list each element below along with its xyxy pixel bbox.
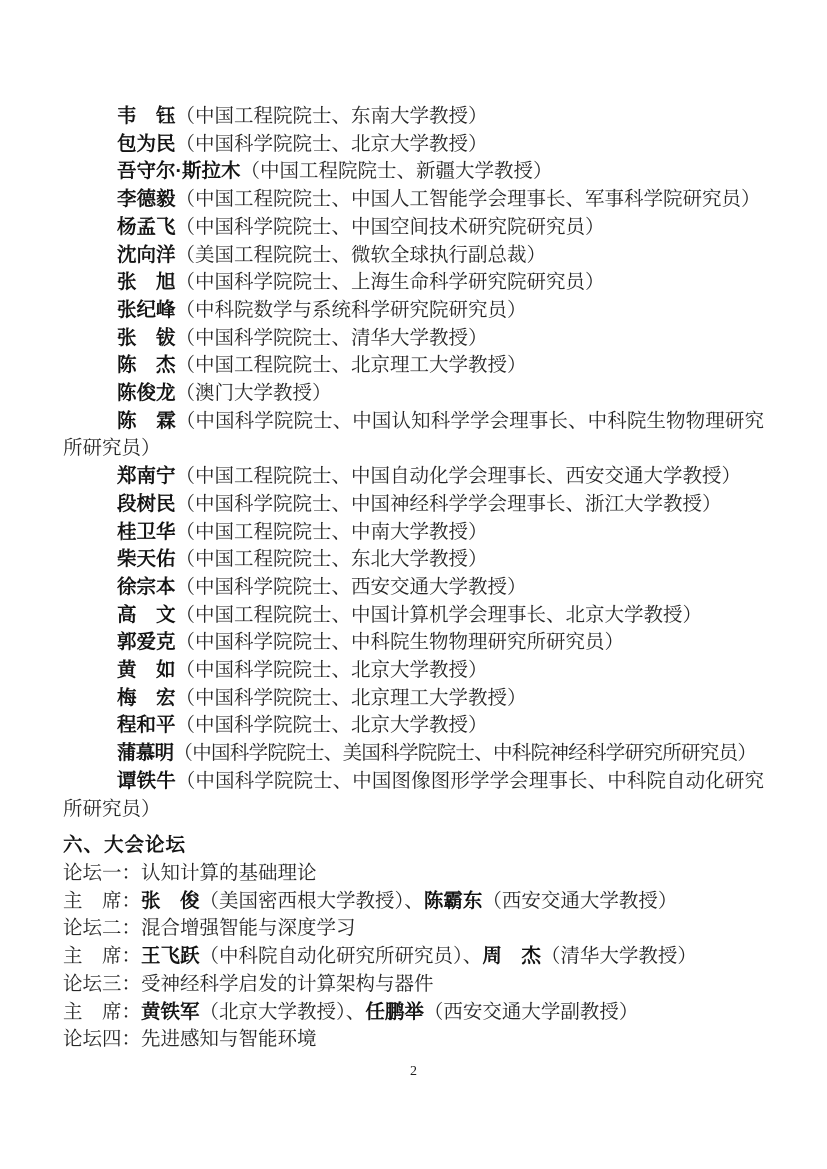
- member-row: 程和平（中国科学院院士、北京大学教授）: [63, 712, 764, 740]
- chair-separator: 、: [463, 946, 483, 967]
- member-name: 包为民: [117, 133, 176, 155]
- member-row: 吾守尔·斯拉木（中国工程院院士、新疆大学教授）: [63, 158, 764, 186]
- member-name: 徐宗本: [117, 576, 176, 598]
- chair-affiliation: （西安交通大学副教授）: [424, 1002, 639, 1023]
- member-row: 张 旭（中国科学院院士、上海生命科学研究院研究员）: [63, 269, 764, 297]
- member-row: 李德毅（中国工程院院士、中国人工智能学会理事长、军事科学院研究员）: [63, 186, 764, 214]
- member-name: 柴天佑: [117, 548, 176, 570]
- member-name: 段树民: [117, 493, 176, 515]
- member-row: 张纪峰（中科院数学与系统科学研究院研究员）: [63, 297, 764, 325]
- member-name: 张 旭: [117, 271, 176, 293]
- forum-topic-row: 论坛四：先进感知与智能环境: [63, 1026, 764, 1054]
- member-name: 谭铁牛: [117, 770, 176, 792]
- chair-name: 任鹏举: [365, 1001, 424, 1023]
- member-affiliation: （澳门大学教授）: [176, 383, 332, 404]
- chair-affiliation: （清华大学教授）: [541, 946, 697, 967]
- member-affiliation: （中国工程院院士、中南大学教授）: [176, 522, 488, 543]
- member-name: 梅 宏: [117, 687, 176, 709]
- member-row: 韦 钰（中国工程院院士、东南大学教授）: [63, 103, 764, 131]
- member-name: 蒲慕明: [117, 742, 173, 764]
- forum-topic-row: 论坛一：认知计算的基础理论: [63, 860, 764, 888]
- member-row: 郭爱克（中国科学院院士、中科院生物物理研究所研究员）: [63, 629, 764, 657]
- member-row: 段树民（中国科学院院士、中国神经科学学会理事长、浙江大学教授）: [63, 491, 764, 519]
- member-row: 包为民（中国科学院院士、北京大学教授）: [63, 131, 764, 159]
- member-row: 张 钹（中国科学院院士、清华大学教授）: [63, 325, 764, 353]
- member-row: 杨孟飞（中国科学院院士、中国空间技术研究院研究员）: [63, 214, 764, 242]
- chair-label: 主 席：: [63, 1002, 141, 1023]
- member-affiliation: （中国科学院院士、清华大学教授）: [176, 328, 488, 349]
- member-name: 程和平: [117, 714, 176, 736]
- forum-chairs-row: 主 席：张 俊（美国密西根大学教授）、陈霸东（西安交通大学教授）: [63, 888, 764, 916]
- member-row: 柴天佑（中国工程院院士、东北大学教授）: [63, 546, 764, 574]
- forum-label: 论坛三：: [63, 974, 141, 995]
- member-row: 谭铁牛（中国科学院院士、中国图像图形学学会理事长、中科院自动化研究所研究员）: [63, 768, 764, 823]
- member-affiliation: （中国科学院院士、北京大学教授）: [176, 660, 488, 681]
- member-affiliation: （中国科学院院士、中国神经科学学会理事长、浙江大学教授）: [176, 494, 722, 515]
- member-row: 梅 宏（中国科学院院士、北京理工大学教授）: [63, 685, 764, 713]
- member-affiliation: （中国工程院院士、东南大学教授）: [176, 106, 488, 127]
- member-affiliation: （中国科学院院士、上海生命科学研究院研究员）: [176, 272, 605, 293]
- member-name: 张纪峰: [117, 299, 176, 321]
- member-affiliation: （中国科学院院士、北京大学教授）: [176, 715, 488, 736]
- document-page: 韦 钰（中国工程院院士、东南大学教授） 包为民（中国科学院院士、北京大学教授） …: [0, 0, 827, 1169]
- member-affiliation: （中国工程院院士、北京理工大学教授）: [176, 355, 527, 376]
- member-affiliation: （中科院数学与系统科学研究院研究员）: [176, 300, 527, 321]
- chair-separator: 、: [346, 1002, 366, 1023]
- member-name: 高 文: [117, 604, 176, 626]
- member-affiliation: （中国科学院院士、西安交通大学教授）: [176, 577, 527, 598]
- member-name: 杨孟飞: [117, 216, 176, 238]
- member-row: 桂卫华（中国工程院院士、中南大学教授）: [63, 519, 764, 547]
- forum-chairs-row: 主 席：王飞跃（中科院自动化研究所研究员）、周 杰（清华大学教授）: [63, 943, 764, 971]
- chair-label: 主 席：: [63, 891, 141, 912]
- chair-name: 陈霸东: [424, 890, 483, 912]
- forum-topic-row: 论坛二：混合增强智能与深度学习: [63, 915, 764, 943]
- member-name: 李德毅: [117, 188, 176, 210]
- member-affiliation: （中国科学院院士、中国空间技术研究院研究员）: [176, 217, 605, 238]
- member-name: 韦 钰: [117, 105, 176, 127]
- member-affiliation: （中国工程院院士、中国自动化学会理事长、西安交通大学教授）: [176, 466, 742, 487]
- forum-topic: 先进感知与智能环境: [141, 1029, 317, 1050]
- member-name: 郭爱克: [117, 631, 176, 653]
- member-affiliation: （中国工程院院士、中国人工智能学会理事长、军事科学院研究员）: [176, 189, 761, 210]
- member-name: 陈俊龙: [117, 382, 176, 404]
- member-name: 陈 霖: [117, 410, 176, 432]
- member-name: 张 钹: [117, 327, 176, 349]
- member-row: 高 文（中国工程院院士、中国计算机学会理事长、北京大学教授）: [63, 602, 764, 630]
- member-name: 桂卫华: [117, 521, 176, 543]
- page-number: 2: [0, 1063, 827, 1081]
- member-row: 陈 霖（中国科学院院士、中国认知科学学会理事长、中科院生物物理研究所研究员）: [63, 408, 764, 463]
- member-name: 吾守尔·斯拉木: [117, 160, 241, 182]
- forum-list: 论坛一：认知计算的基础理论 主 席：张 俊（美国密西根大学教授）、陈霸东（西安交…: [63, 860, 764, 1054]
- committee-member-list: 韦 钰（中国工程院院士、东南大学教授） 包为民（中国科学院院士、北京大学教授） …: [63, 103, 764, 823]
- member-row: 蒲慕明（中国科学院院士、美国科学院院士、中科院神经科学研究所研究员）: [63, 740, 764, 768]
- member-affiliation: （中国科学院院士、中科院生物物理研究所研究员）: [176, 632, 625, 653]
- chair-label: 主 席：: [63, 946, 141, 967]
- section-heading-forums: 六、大会论坛: [63, 832, 764, 860]
- forum-label: 论坛一：: [63, 863, 141, 884]
- chair-affiliation: （中科院自动化研究所研究员）: [200, 946, 463, 967]
- forum-topic: 认知计算的基础理论: [141, 863, 317, 884]
- member-row: 沈向洋（美国工程院院士、微软全球执行副总裁）: [63, 242, 764, 270]
- forum-topic: 混合增强智能与深度学习: [141, 918, 356, 939]
- forum-chairs-row: 主 席：黄铁军（北京大学教授）、任鹏举（西安交通大学副教授）: [63, 999, 764, 1027]
- chair-affiliation: （西安交通大学教授）: [482, 891, 677, 912]
- chair-name: 王飞跃: [141, 945, 200, 967]
- member-affiliation: （中国科学院院士、北京理工大学教授）: [176, 688, 527, 709]
- member-row: 徐宗本（中国科学院院士、西安交通大学教授）: [63, 574, 764, 602]
- chair-name: 黄铁军: [141, 1001, 200, 1023]
- member-affiliation: （中国科学院院士、美国科学院院士、中科院神经科学研究所研究员）: [173, 743, 756, 764]
- member-row: 陈 杰（中国工程院院士、北京理工大学教授）: [63, 352, 764, 380]
- chair-affiliation: （北京大学教授）: [200, 1002, 346, 1023]
- member-affiliation: （中国工程院院士、东北大学教授）: [176, 549, 488, 570]
- member-affiliation: （中国工程院院士、中国计算机学会理事长、北京大学教授）: [176, 605, 703, 626]
- member-affiliation: （中国科学院院士、北京大学教授）: [176, 134, 488, 155]
- forum-label: 论坛二：: [63, 918, 141, 939]
- member-row: 陈俊龙（澳门大学教授）: [63, 380, 764, 408]
- chair-name: 张 俊: [141, 890, 200, 912]
- forum-topic-row: 论坛三：受神经科学启发的计算架构与器件: [63, 971, 764, 999]
- member-row: 黄 如（中国科学院院士、北京大学教授）: [63, 657, 764, 685]
- forum-topic: 受神经科学启发的计算架构与器件: [141, 974, 434, 995]
- member-row: 郑南宁（中国工程院院士、中国自动化学会理事长、西安交通大学教授）: [63, 463, 764, 491]
- page-content: 韦 钰（中国工程院院士、东南大学教授） 包为民（中国科学院院士、北京大学教授） …: [63, 103, 764, 1054]
- member-name: 沈向洋: [117, 244, 176, 266]
- chair-name: 周 杰: [482, 945, 541, 967]
- member-affiliation: （美国工程院院士、微软全球执行副总裁）: [176, 245, 547, 266]
- member-name: 郑南宁: [117, 465, 176, 487]
- member-affiliation: （中国工程院院士、新疆大学教授）: [241, 161, 553, 182]
- chair-affiliation: （美国密西根大学教授）: [200, 891, 405, 912]
- member-name: 陈 杰: [117, 354, 176, 376]
- member-name: 黄 如: [117, 659, 176, 681]
- forum-label: 论坛四：: [63, 1029, 141, 1050]
- chair-separator: 、: [404, 891, 424, 912]
